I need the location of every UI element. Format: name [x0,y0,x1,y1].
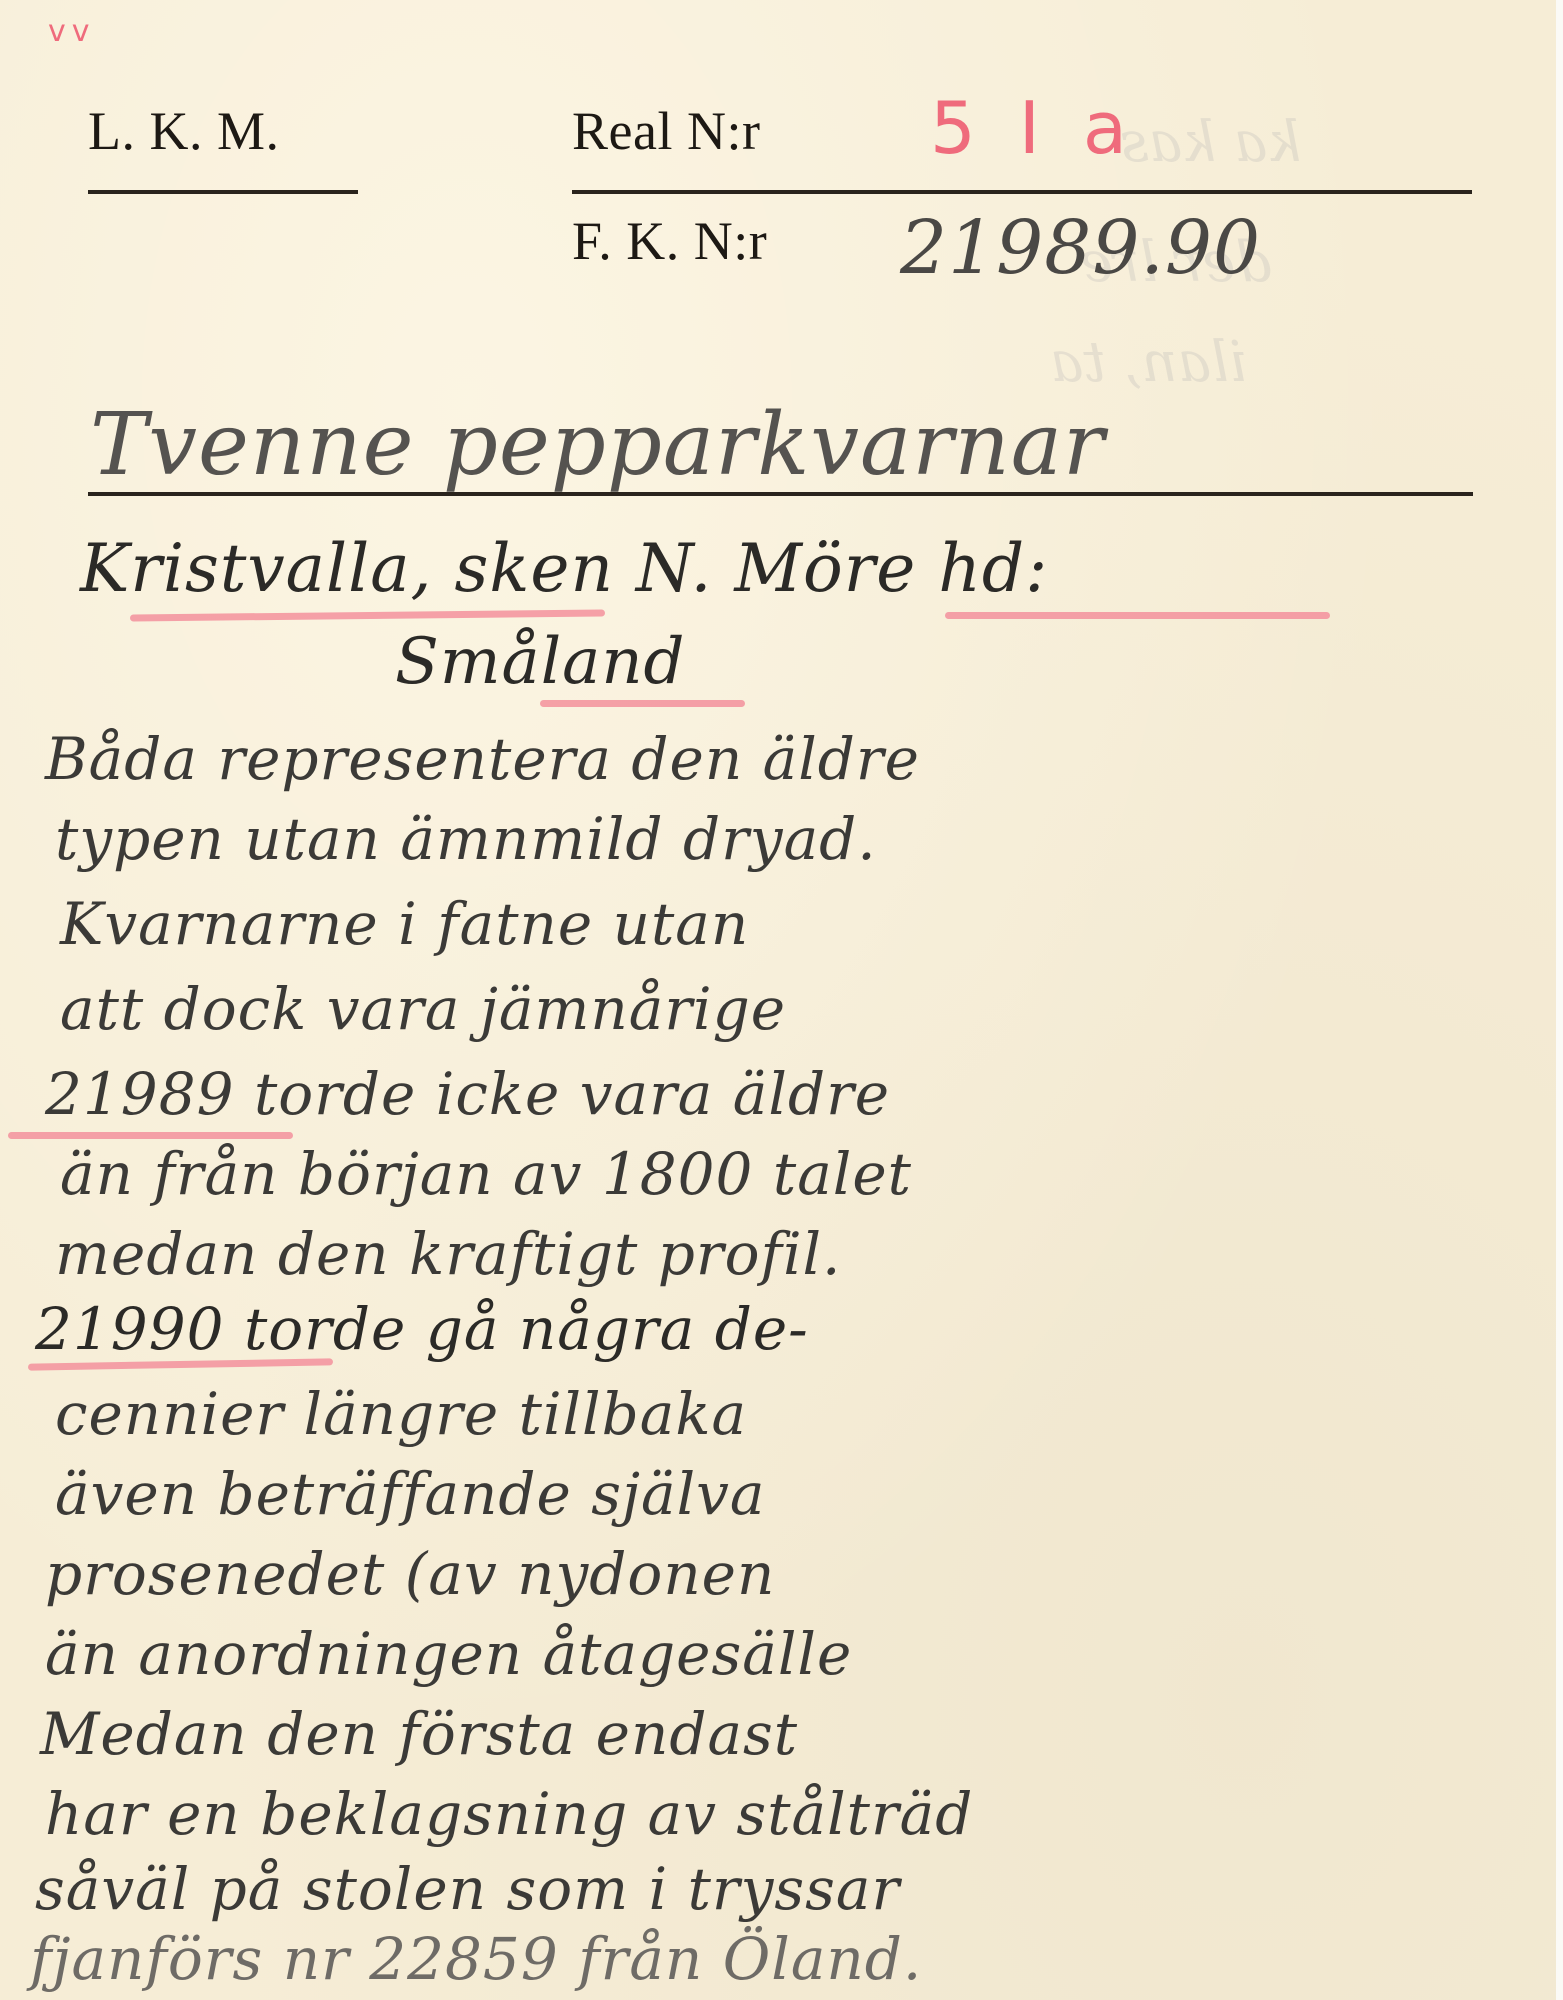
red-underline [130,610,605,622]
body-line: cennier längre tillbaka [55,1380,747,1448]
location-line-2: Småland [395,625,686,699]
catalog-card: ka kas der lre ilan, ta vv L. K. M. Real… [0,0,1556,2000]
red-underline [540,700,745,707]
body-line: medan den kraftigt profil. [55,1220,842,1288]
red-underline [945,612,1330,619]
body-line: att dock vara jämnårige [60,975,786,1043]
body-line: såväl på stolen som i tryssar [35,1855,900,1923]
collection-label: L. K. M. [88,100,280,162]
body-line: 21989 torde icke vara äldre [45,1060,890,1128]
body-line: fjanförs nr 22859 från Öland. [30,1925,922,1993]
body-line: Båda representera den äldre [45,725,920,793]
body-line: typen utan ämnmild dryad. [55,805,877,873]
real-number-label: Real N:r [572,100,760,162]
body-line: prosenedet (av nydonen [45,1540,775,1608]
fk-number-label: F. K. N:r [572,210,767,272]
body-line: har en beklagsning av stålträd [45,1780,973,1848]
body-line: Medan den första endast [40,1700,798,1768]
collection-rule [88,190,358,194]
body-line: 21990 torde gå några de- [35,1295,809,1363]
scan-edge [1556,0,1563,2000]
title-rule [88,492,1473,496]
show-through-text: ka kas [1120,110,1301,175]
real-number-rule [572,190,1472,194]
fk-number-value: 21989.90 [900,205,1261,291]
red-underline [8,1132,293,1139]
corner-check-mark: vv [48,14,96,49]
body-line: även beträffande själva [55,1460,766,1528]
location-line-1: Kristvalla, sken N. Möre hd: [80,530,1048,607]
show-through-text: ilan, ta [1050,330,1247,395]
item-title: Tvenne pepparkvarnar [90,395,1105,495]
real-number-value: 5 I a [930,86,1137,170]
body-line: än anordningen åtagesälle [45,1620,852,1688]
body-line: än från början av 1800 talet [60,1140,912,1208]
body-line: Kvarnarne i fatne utan [60,890,749,958]
